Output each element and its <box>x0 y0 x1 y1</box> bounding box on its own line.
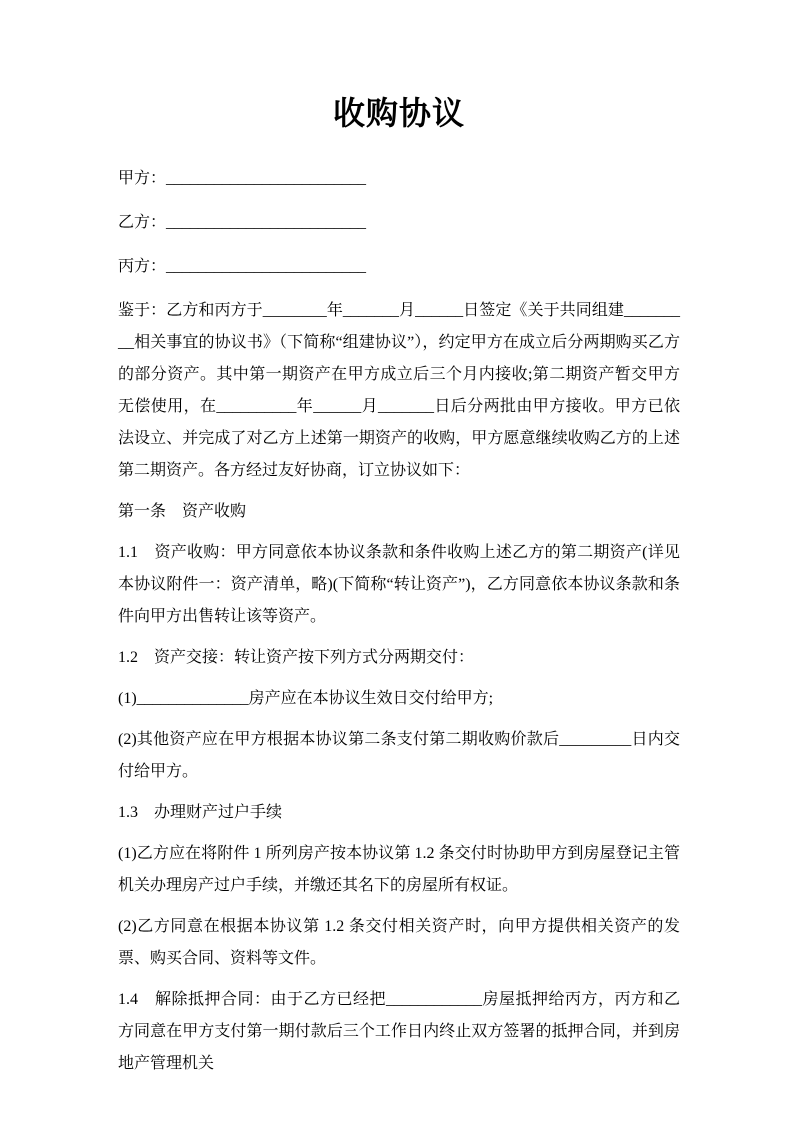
clause-1-2-item-2: (2)其他资产应在甲方根据本协议第二条支付第二期收购价款后_________日内… <box>118 724 680 788</box>
document-title: 收购协议 <box>118 95 680 131</box>
clause-1-3-item-2: (2)乙方同意在根据本协议第 1.2 条交付相关资产时，向甲方提供相关资产的发票… <box>118 911 680 975</box>
clause-1-1-paragraph: 1.1 资产收购：甲方同意依本协议条款和条件收购上述乙方的第二期资产(详见本协议… <box>118 537 680 633</box>
party-c-line: 丙方：_________________________ <box>118 251 680 283</box>
party-b-line: 乙方：_________________________ <box>118 207 680 239</box>
clause-1-4-paragraph: 1.4 解除抵押合同：由于乙方已经把____________房屋抵押给丙方，丙方… <box>118 984 680 1080</box>
article-1-heading: 第一条 资产收购 <box>118 496 680 528</box>
recitals-paragraph: 鉴于：乙方和丙方于________年_______月______日签定《关于共同… <box>118 295 680 487</box>
party-a-line: 甲方：_________________________ <box>118 163 680 195</box>
clause-1-3-item-1: (1)乙方应在将附件 1 所列房产按本协议第 1.2 条交付时协助甲方到房屋登记… <box>118 838 680 902</box>
clause-1-3-heading: 1.3 办理财产过户手续 <box>118 797 680 829</box>
clause-1-2-item-1: (1)______________房产应在本协议生效日交付给甲方; <box>118 683 680 715</box>
clause-1-2-paragraph: 1.2 资产交接：转让资产按下列方式分两期交付： <box>118 642 680 674</box>
document-page: 收购协议 甲方：_________________________ 乙方：___… <box>0 0 793 1122</box>
